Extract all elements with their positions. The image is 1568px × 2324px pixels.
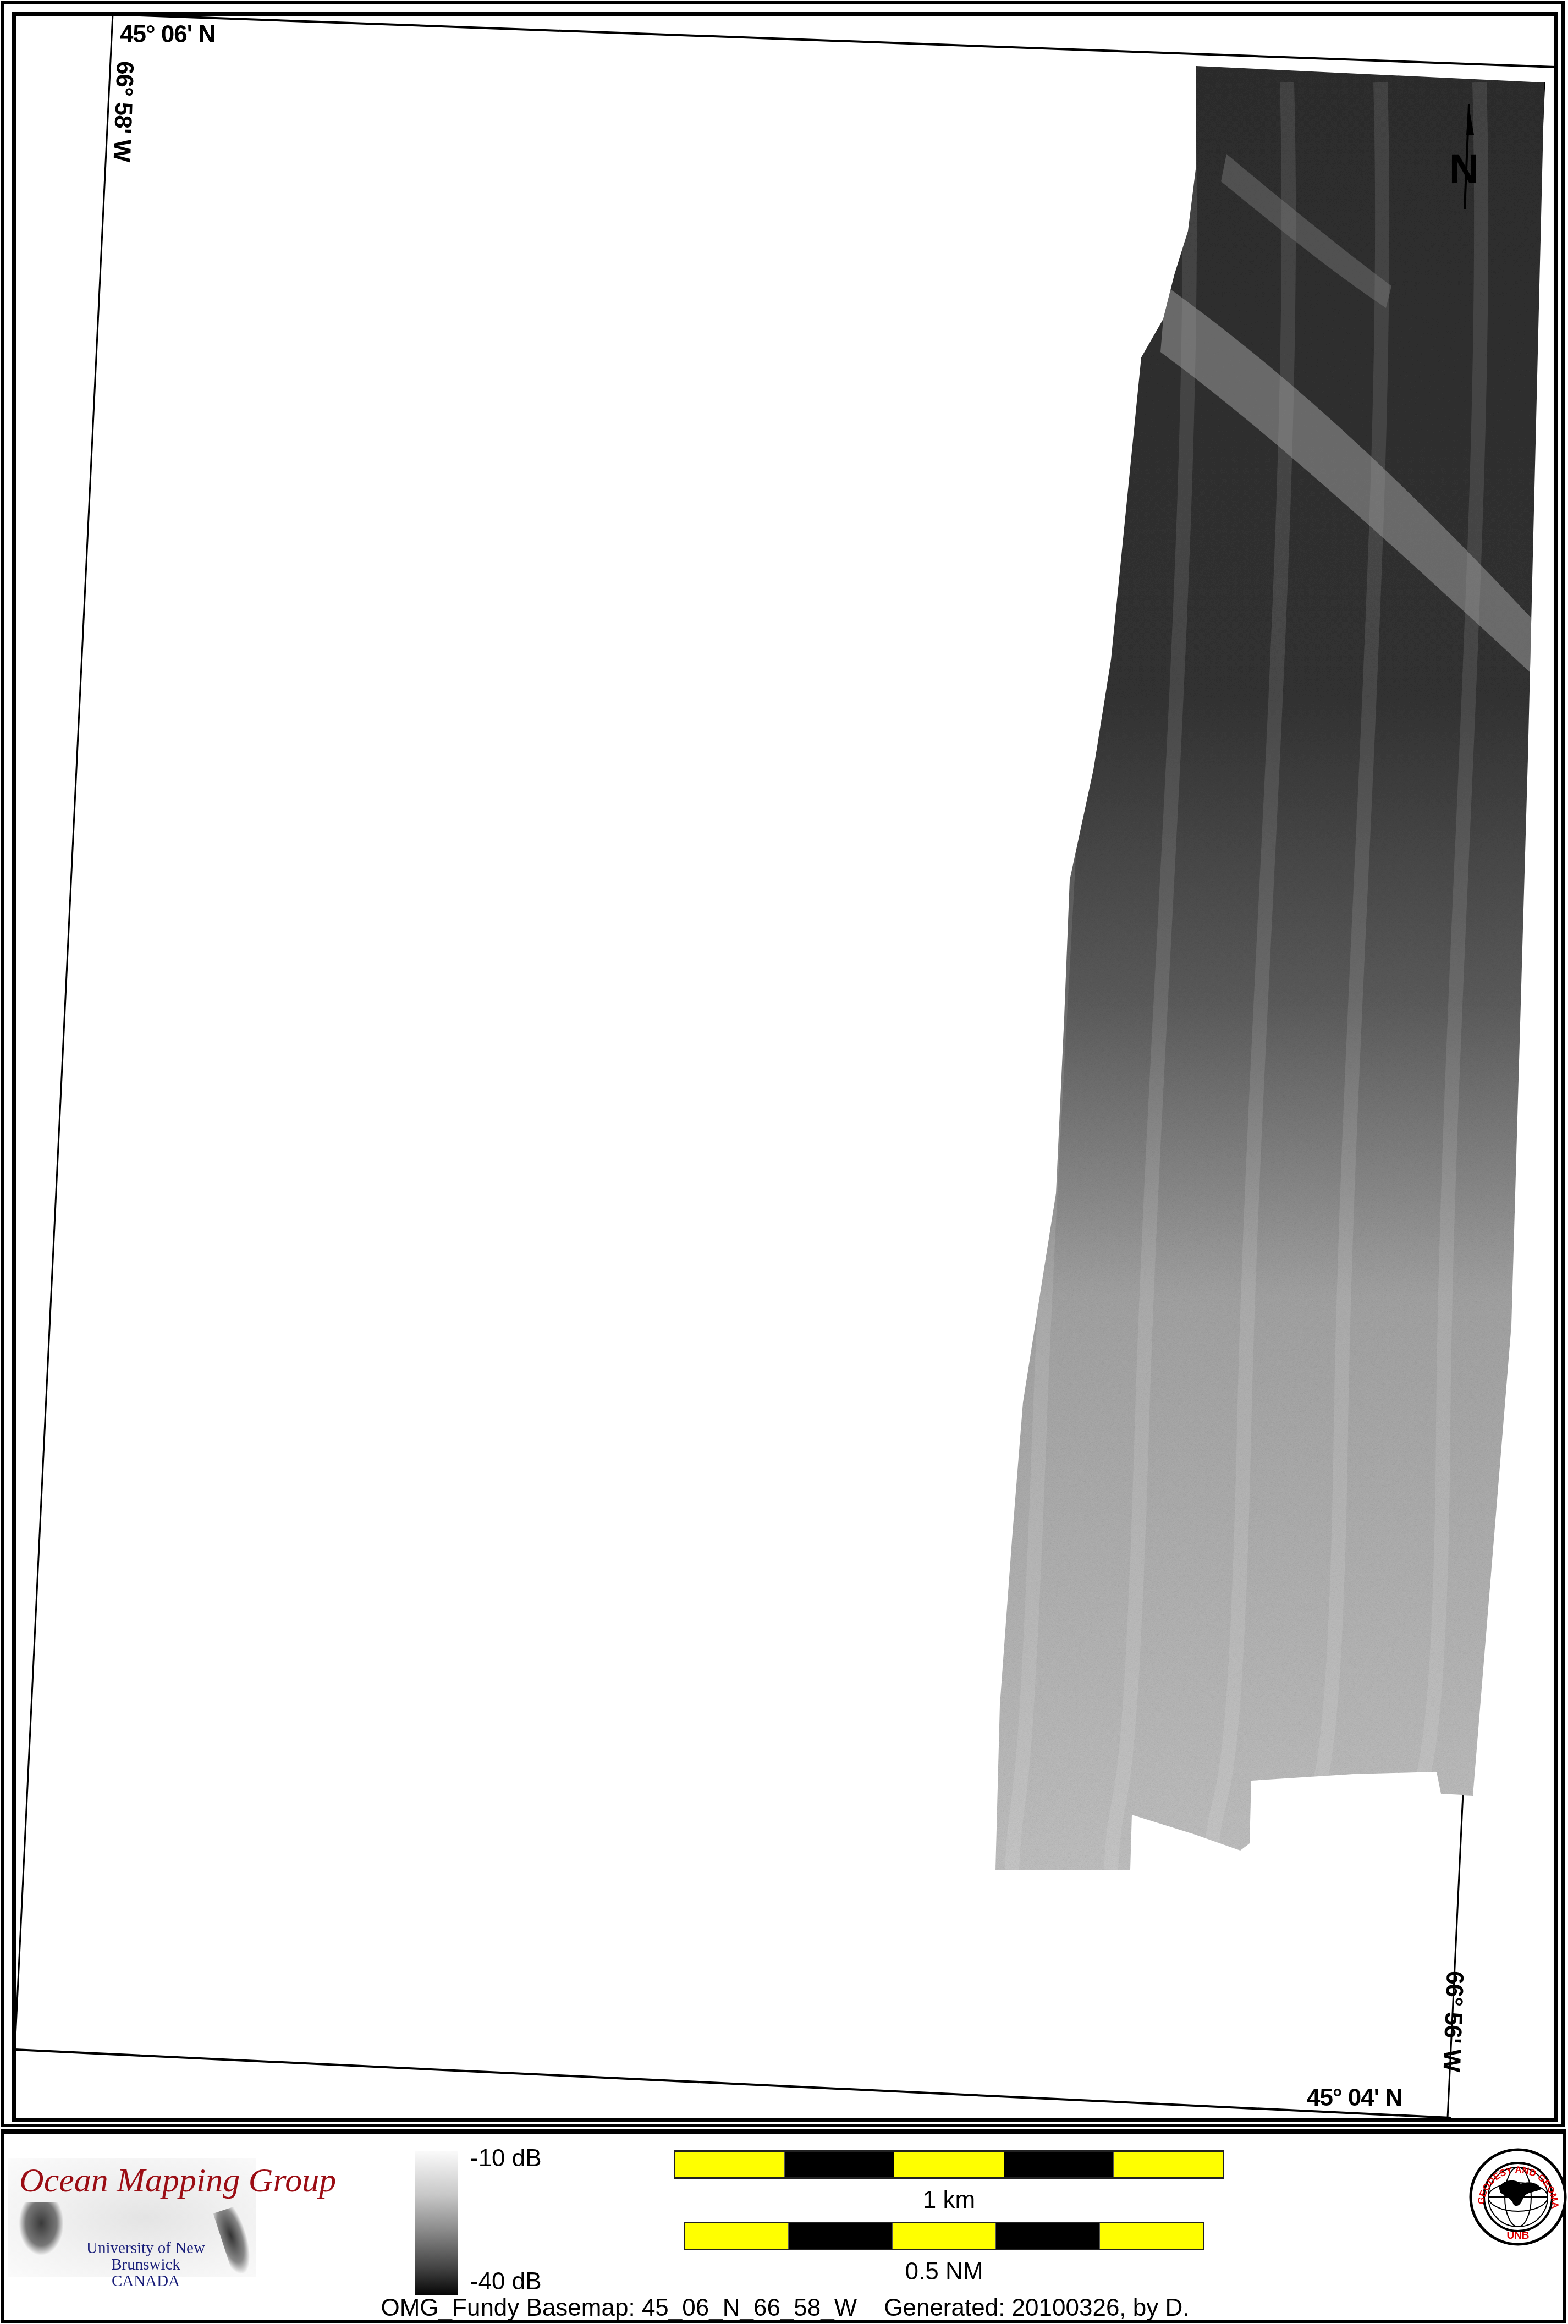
scale-bar-km-label: 1 km <box>674 2187 1224 2214</box>
scale-bar-nm-label: 0.5 NM <box>684 2258 1204 2286</box>
svg-text:UNB: UNB <box>1506 2230 1529 2242</box>
colorbar-min-label: -40 dB <box>470 2268 542 2295</box>
unb-geodesy-seal-icon: GEODESY AND GEOMATICS ENGINEERING UNB <box>1468 2147 1567 2246</box>
backscatter-colorbar <box>415 2151 458 2295</box>
svg-text:N: N <box>1449 146 1478 191</box>
backscatter-mosaic[interactable] <box>962 55 1556 1881</box>
scale-bar-segment <box>789 2223 892 2249</box>
hydrophone-icon <box>19 2202 63 2255</box>
graticule-bottom-line <box>15 2050 1451 2118</box>
country-name: CANADA <box>63 2273 228 2289</box>
colorbar-max-label: -10 dB <box>470 2145 542 2172</box>
basemap-id: OMG_Fundy Basemap: 45_06_N_66_58_W <box>381 2294 857 2321</box>
bottom-latitude-label: 45° 04' N <box>1307 2084 1402 2112</box>
organization-affiliation: University of New Brunswick CANADA <box>63 2240 228 2289</box>
map-canvas[interactable]: N <box>0 0 1568 2128</box>
graticule-left-line <box>15 14 113 2050</box>
organization-title: Ocean Mapping Group <box>19 2161 336 2200</box>
map-footer: OMG_Fundy Basemap: 45_06_N_66_58_W Gener… <box>4 2294 1566 2322</box>
scale-bar-segment <box>1100 2223 1203 2249</box>
generated-info: Generated: 20100326, by D. <box>884 2294 1189 2321</box>
scale-bar-segment <box>1004 2152 1114 2177</box>
scale-bar-segment <box>893 2223 996 2249</box>
scale-bar-segment <box>675 2152 785 2177</box>
scale-bar-km <box>674 2150 1224 2179</box>
scale-bar-nm <box>684 2222 1204 2250</box>
scale-bar-segment <box>894 2152 1004 2177</box>
scale-bar-segment <box>1114 2152 1223 2177</box>
scale-bar-segment <box>785 2152 894 2177</box>
ocean-mapping-group-logo: Ocean Mapping Group University of New Br… <box>8 2158 256 2277</box>
top-latitude-label: 45° 06' N <box>120 21 215 48</box>
scale-bar-segment <box>996 2223 1099 2249</box>
legend-panel: Ocean Mapping Group University of New Br… <box>1 2129 1566 2323</box>
left-longitude-label: 66° 58' W <box>108 60 139 162</box>
right-longitude-label: 66° 56' W <box>1438 1970 1468 2072</box>
scale-bar-segment <box>685 2223 789 2249</box>
university-name: University of New Brunswick <box>63 2240 228 2273</box>
graticule-top-line <box>110 14 1555 67</box>
